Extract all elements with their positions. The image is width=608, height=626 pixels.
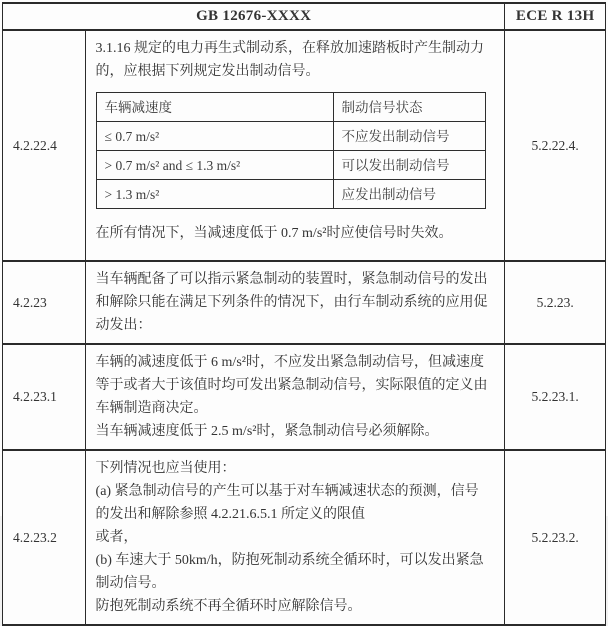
standards-comparison-table: GB 12676-XXXX ECE R 13H 4.2.22.4 3.1.16 …	[2, 2, 606, 626]
deceleration-value: ≤ 0.7 m/s²	[96, 122, 333, 151]
signal-invalid-note: 在所有情况下，当减速度低于 0.7 m/s²时应使信号时失效。	[96, 222, 493, 245]
signal-state-value: 应发出制动信号	[333, 180, 485, 209]
regen-braking-paragraph: 3.1.16 规定的电力再生式制动系，在释放加速踏板时产生制动力的，应根据下列规…	[96, 37, 493, 83]
decel-threshold-paragraph: 车辆的减速度低于 6 m/s²时，不应发出紧急制动信号，但减速度等于或者大于该值…	[96, 351, 493, 420]
emergency-brake-device-paragraph: 当车辆配备了可以指示紧急制动的装置时，紧急制动信号的发出和解除只能在满足下列条件…	[96, 268, 493, 337]
requirement-cell: 车辆的减速度低于 6 m/s²时，不应发出紧急制动信号，但减速度等于或者大于该值…	[85, 344, 505, 450]
gb-standard-header: GB 12676-XXXX	[3, 3, 505, 30]
table-row: 4.2.23.2 下列情况也应当使用： (a) 紧急制动信号的产生可以基于对车辆…	[3, 450, 606, 625]
signal-state-value: 不应发出制动信号	[333, 122, 485, 151]
ece-standard-header: ECE R 13H	[505, 3, 606, 30]
condition-b-line: (b) 车速大于 50km/h，防抱死制动系统全循环时，可以发出紧急制动信号。	[96, 549, 493, 595]
deceleration-signal-table: 车辆减速度 制动信号状态 ≤ 0.7 m/s² 不应发出制动信号 > 0.7 m…	[96, 92, 486, 209]
deceleration-value: > 0.7 m/s² and ≤ 1.3 m/s²	[96, 151, 333, 180]
ece-clause-number: 5.2.23.	[505, 261, 606, 344]
table-row: 4.2.23.1 车辆的减速度低于 6 m/s²时，不应发出紧急制动信号，但减速…	[3, 344, 606, 450]
abs-release-line: 防抱死制动系统不再全循环时应解除信号。	[96, 595, 493, 618]
gb-clause-number: 4.2.22.4	[3, 30, 86, 261]
signal-state-value: 可以发出制动信号	[333, 151, 485, 180]
also-applies-line: 下列情况也应当使用：	[96, 457, 493, 480]
requirement-cell: 下列情况也应当使用： (a) 紧急制动信号的产生可以基于对车辆减速状态的预测，信…	[85, 450, 505, 625]
deceleration-column-header: 车辆减速度	[96, 93, 333, 122]
requirement-cell: 当车辆配备了可以指示紧急制动的装置时，紧急制动信号的发出和解除只能在满足下列条件…	[85, 261, 505, 344]
ece-clause-number: 5.2.23.2.	[505, 450, 606, 625]
gb-clause-number: 4.2.23	[3, 261, 86, 344]
signal-state-column-header: 制动信号状态	[333, 93, 485, 122]
signal-release-paragraph: 当车辆减速度低于 2.5 m/s²时，紧急制动信号必须解除。	[96, 420, 493, 443]
deceleration-value: > 1.3 m/s²	[96, 180, 333, 209]
inner-table-row: ≤ 0.7 m/s² 不应发出制动信号	[96, 122, 485, 151]
ece-clause-number: 5.2.23.1.	[505, 344, 606, 450]
gb-clause-number: 4.2.23.1	[3, 344, 86, 450]
inner-table-row: > 0.7 m/s² and ≤ 1.3 m/s² 可以发出制动信号	[96, 151, 485, 180]
table-row: 4.2.23 当车辆配备了可以指示紧急制动的装置时，紧急制动信号的发出和解除只能…	[3, 261, 606, 344]
document-page: GB 12676-XXXX ECE R 13H 4.2.22.4 3.1.16 …	[0, 0, 608, 516]
ece-clause-number: 5.2.22.4.	[505, 30, 606, 261]
or-line: 或者，	[96, 526, 493, 549]
condition-a-line: (a) 紧急制动信号的产生可以基于对车辆减速状态的预测，信号的发出和解除参照 4…	[96, 480, 493, 526]
gb-clause-number: 4.2.23.2	[3, 450, 86, 625]
inner-table-row: > 1.3 m/s² 应发出制动信号	[96, 180, 485, 209]
requirement-cell: 3.1.16 规定的电力再生式制动系，在释放加速踏板时产生制动力的，应根据下列规…	[85, 30, 505, 261]
table-row: 4.2.22.4 3.1.16 规定的电力再生式制动系，在释放加速踏板时产生制动…	[3, 30, 606, 261]
table-header-row: GB 12676-XXXX ECE R 13H	[3, 3, 606, 30]
inner-header-row: 车辆减速度 制动信号状态	[96, 93, 485, 122]
